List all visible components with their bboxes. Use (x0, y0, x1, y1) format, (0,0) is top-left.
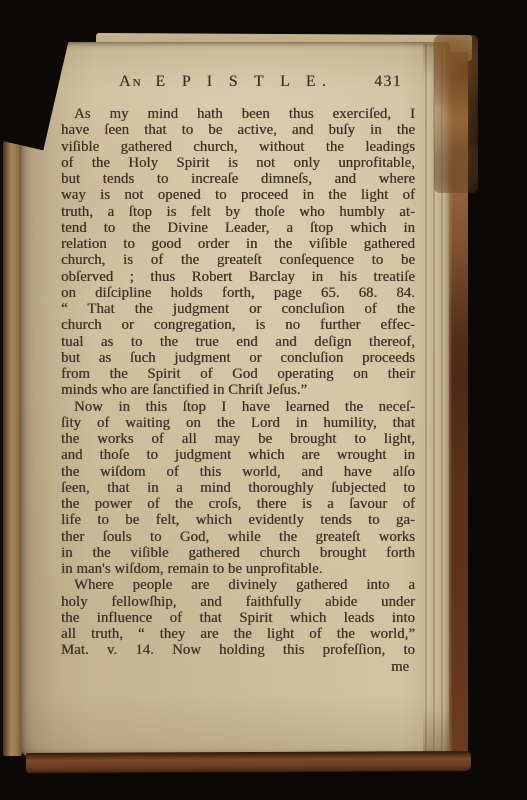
text-line: the works of all may be brought to light… (61, 431, 415, 447)
text-line: but as ſuch judgment or concluſion proce… (61, 350, 415, 366)
text-line: Where people are divinely gathered into … (61, 577, 415, 593)
text-line: ſeen, that in a mind thoroughly ſubjecte… (61, 480, 415, 496)
text-line: minds who are ſanctified in Chriſt Jeſus… (61, 382, 415, 398)
catchword: me (61, 659, 415, 675)
text-line: truth, a ſtop is felt by thoſe who humbl… (61, 204, 415, 220)
text-line: church, is of the greateſt conſequence t… (61, 252, 415, 268)
text-line: and thoſe to judgment which are wrought … (61, 447, 415, 463)
text-line: have ſeen that to be active, and buſy in… (61, 122, 415, 138)
text-line: of the Holy Spirit is not only unprofita… (61, 155, 415, 171)
text-line: the wiſdom of this world, and have alſo (61, 464, 415, 480)
text-line: viſible gathered church, without the lea… (61, 139, 415, 155)
text-line: but tends to increaſe dimneſs, and where (61, 171, 415, 187)
text-line: Mat. v. 14. Now holding this profeſſion,… (61, 642, 415, 658)
book-scan: { "page": { "header": { "title_an": "An"… (0, 0, 527, 800)
text-line: the power of the croſs, there is a ſavou… (61, 496, 415, 512)
text-line: tend to the Divine Leader, a ſtop which … (61, 220, 415, 236)
text-line: the influence of that Spirit which leads… (61, 610, 415, 626)
text-line: tual as to the true end and deſign there… (61, 334, 415, 350)
text-line: all truth, “ they are the light of the w… (61, 626, 415, 642)
running-title: E P I S T L E. (156, 73, 333, 91)
page-surface: An E P I S T L E. 431 As my mind hath be… (21, 42, 450, 757)
page-number: 431 (374, 73, 402, 91)
bottom-board-edge (26, 751, 471, 773)
text-line: holy fellowſhip, and faithfully abide un… (61, 594, 415, 610)
text-line: on diſcipline holds forth, page 65. 68. … (61, 285, 415, 301)
book-page: An E P I S T L E. 431 As my mind hath be… (21, 42, 450, 757)
body-text: As my mind hath been thus exerciſed, Iha… (61, 106, 415, 659)
text-line: ther ſouls to God, while the greateſt wo… (61, 529, 415, 545)
page-header: An E P I S T L E. 431 (61, 73, 415, 91)
text-line: in man's wiſdom, remain to be unprofitab… (61, 561, 415, 577)
text-line: from the Spirit of God operating on thei… (61, 366, 415, 382)
running-title-an: An (119, 73, 143, 91)
text-line: life to be felt, which evidently tends t… (61, 512, 415, 528)
text-line: in the viſible gathered church brought f… (61, 545, 415, 561)
text-line: Now in this ſtop I have learned the nece… (61, 399, 415, 415)
text-line: relation to good order in the viſible ga… (61, 236, 415, 252)
text-line: As my mind hath been thus exerciſed, I (61, 106, 415, 122)
text-line: “ That the judgment or concluſion of the (61, 301, 415, 317)
text-line: obſerved ; thus Robert Barclay in his tr… (61, 269, 415, 285)
adjacent-page-edge (3, 114, 22, 756)
text-line: way is not opened to proceed in the ligh… (61, 187, 415, 203)
corner-wear-patch (434, 35, 478, 193)
text-line: ſity of waiting on the Lord in humility,… (61, 415, 415, 431)
text-line: church or congregation, is no further ef… (61, 317, 415, 333)
